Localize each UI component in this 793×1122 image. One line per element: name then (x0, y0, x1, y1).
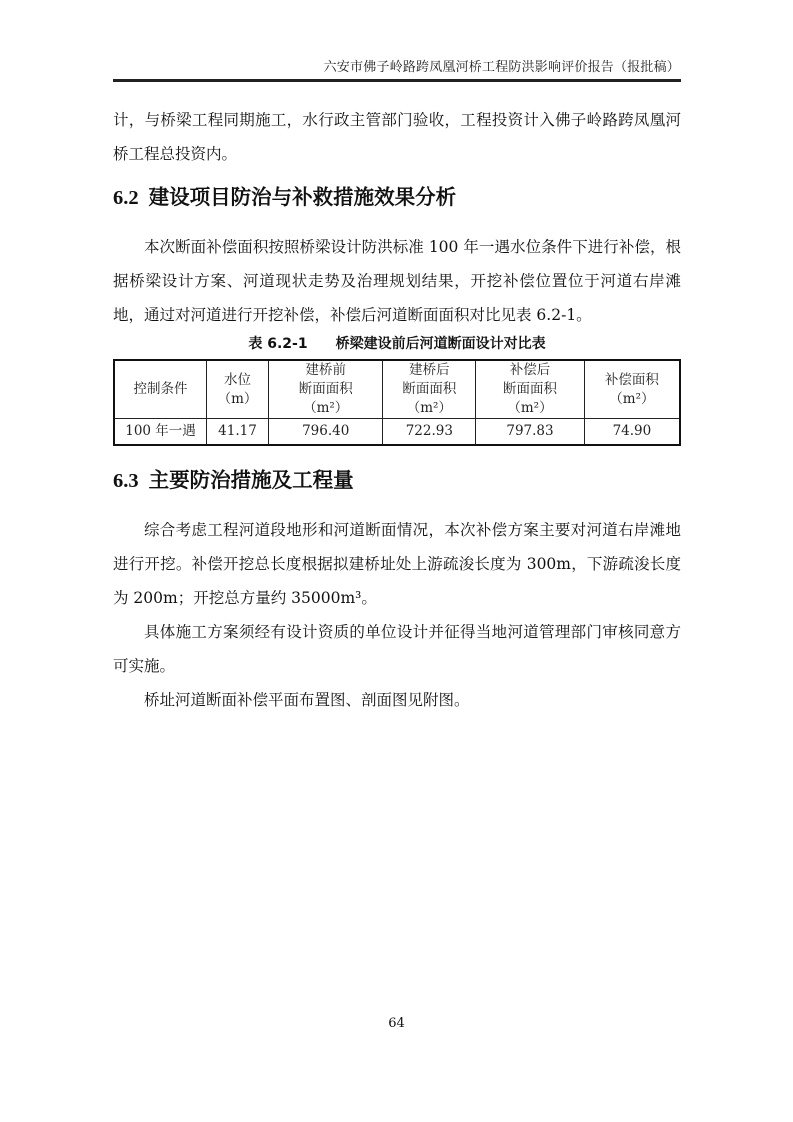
section-title: 建设项目防治与补救措施效果分析 (149, 185, 457, 209)
table-cell: 796.40 (268, 419, 383, 446)
table-cell: 722.93 (383, 419, 476, 446)
header-cell-area-before: 建桥前断面面积（m²） (268, 360, 383, 419)
header-cell-water-level: 水位（m） (207, 360, 269, 419)
table-cell: 41.17 (207, 419, 269, 446)
section-6-3-paragraph-3: 桥址河道断面补偿平面布置图、剖面图见附图。 (113, 683, 681, 717)
section-6-2-paragraph: 本次断面补偿面积按照桥梁设计防洪标准 100 年一遇水位条件下进行补偿，根据桥梁… (113, 230, 681, 332)
header-cell-compensation-area: 补偿面积（m²） (584, 360, 680, 419)
section-heading-6-3: 6.3主要防治措施及工程量 (113, 463, 354, 493)
running-header: 六安市佛子岭路跨凤凰河桥工程防洪影响评价报告（报批稿） (113, 56, 680, 75)
section-number: 6.2 (113, 187, 139, 209)
table-row: 100 年一遇 41.17 796.40 722.93 797.83 74.90 (114, 419, 680, 446)
header-cell-area-compensated: 补偿后断面面积（m²） (476, 360, 585, 419)
section-number: 6.3 (113, 470, 139, 492)
header-cell-area-after: 建桥后断面面积（m²） (383, 360, 476, 419)
header-cell-condition: 控制条件 (114, 360, 207, 419)
table-header-row: 控制条件 水位（m） 建桥前断面面积（m²） 建桥后断面面积（m²） 补偿后断面… (114, 360, 680, 419)
table-cell: 797.83 (476, 419, 585, 446)
comparison-table: 控制条件 水位（m） 建桥前断面面积（m²） 建桥后断面面积（m²） 补偿后断面… (113, 359, 681, 446)
page-number: 64 (0, 1016, 793, 1031)
header-rule (113, 79, 681, 82)
table-caption: 表 6.2-1桥梁建设前后河道断面设计对比表 (113, 333, 681, 353)
section-title: 主要防治措施及工程量 (149, 468, 354, 492)
intro-paragraph: 计，与桥梁工程同期施工，水行政主管部门验收，工程投资计入佛子岭路跨凤凰河桥工程总… (113, 103, 681, 171)
section-6-3-paragraph-2: 具体施工方案须经有设计资质的单位设计并征得当地河道管理部门审核同意方可实施。 (113, 615, 681, 683)
document-page: 六安市佛子岭路跨凤凰河桥工程防洪影响评价报告（报批稿） 计，与桥梁工程同期施工，… (0, 0, 793, 1122)
table-caption-title: 桥梁建设前后河道断面设计对比表 (336, 336, 546, 352)
table-caption-number: 表 6.2-1 (248, 336, 307, 352)
section-heading-6-2: 6.2建设项目防治与补救措施效果分析 (113, 180, 456, 210)
table-cell: 100 年一遇 (114, 419, 207, 446)
section-6-3-paragraph-1: 综合考虑工程河道段地形和河道断面情况，本次补偿方案主要对河道右岸滩地进行开挖。补… (113, 513, 681, 615)
table-cell: 74.90 (584, 419, 680, 446)
